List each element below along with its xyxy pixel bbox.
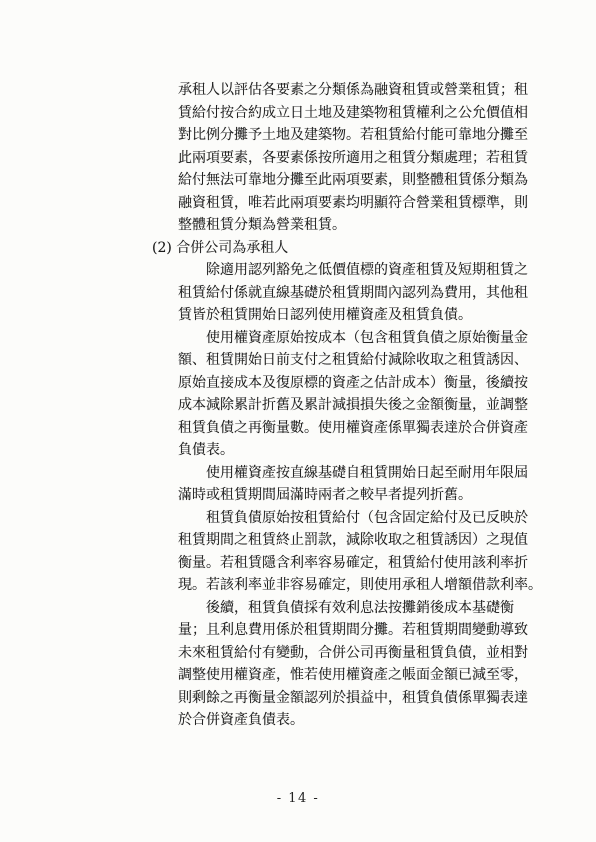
text-line: 租賃期間之租賃終止罰款，減除收取之租賃誘因）之現值 (178, 529, 526, 552)
text-line: 負債表。 (178, 439, 526, 462)
text-line: 賃皆於租賃開始日認列使用權資產及租賃負債。 (178, 304, 526, 327)
text-line: 未來租賃給付有變動，合併公司再衡量租賃負債，並相對 (178, 642, 526, 665)
document-page: 承租人以評估各要素之分類係為融資租賃或營業租賃；租賃給付按合約成立日土地及建築物… (0, 0, 596, 842)
text-line: 除適用認列豁免之低價值標的資產租賃及短期租賃之 (178, 259, 526, 282)
text-line: 整體租賃分類為營業租賃。 (178, 214, 526, 237)
list-item-line: (2) 合併公司為承租人 (152, 237, 526, 260)
text-line: 額、租賃開始日前支付之租賃給付減除收取之租賃誘因、 (178, 349, 526, 372)
text-line: 後續，租賃負債採有效利息法按攤銷後成本基礎衡 (178, 597, 526, 620)
text-line: 量；且利息費用係於租賃期間分攤。若租賃期間變動導致 (178, 619, 526, 642)
page-number: - 14 - (0, 791, 596, 806)
text-line: 租賃負債原始按租賃給付（包含固定給付及已反映於 (178, 507, 526, 530)
text-line: 對比例分攤予土地及建築物。若租賃給付能可靠地分攤至 (178, 124, 526, 147)
text-line: 調整使用權資產，惟若使用權資產之帳面金額已減至零， (178, 664, 526, 687)
text-line: 使用權資產按直線基礎自租賃開始日起至耐用年限屆 (178, 462, 526, 485)
text-line: 承租人以評估各要素之分類係為融資租賃或營業租賃；租 (178, 79, 526, 102)
text-line: 租賃給付係就直線基礎於租賃期間內認列為費用，其他租 (178, 282, 526, 305)
text-line: 成本減除累計折舊及累計減損損失後之金額衡量，並調整 (178, 394, 526, 417)
text-line: 租賃負債之再衡量數。使用權資產係單獨表達於合併資產 (178, 417, 526, 440)
text-line: 原始直接成本及復原標的資產之估計成本）衡量，後續按 (178, 372, 526, 395)
body-text: 承租人以評估各要素之分類係為融資租賃或營業租賃；租賃給付按合約成立日土地及建築物… (178, 79, 526, 732)
text-line: 賃給付按合約成立日土地及建築物租賃權利之公允價值相 (178, 102, 526, 125)
text-line: 現。若該利率並非容易確定，則使用承租人增額借款利率。 (178, 574, 526, 597)
text-line: 滿時或租賃期間屆滿時兩者之較早者提列折舊。 (178, 484, 526, 507)
text-line: 於合併資產負債表。 (178, 709, 526, 732)
text-line: 融資租賃，唯若此兩項要素均明顯符合營業租賃標準，則 (178, 192, 526, 215)
text-line: 給付無法可靠地分攤至此兩項要素，則整體租賃係分類為 (178, 169, 526, 192)
text-line: 則剩餘之再衡量金額認列於損益中，租賃負債係單獨表達 (178, 687, 526, 710)
text-line: 此兩項要素，各要素係按所適用之租賃分類處理；若租賃 (178, 147, 526, 170)
text-line: 使用權資產原始按成本（包含租賃負債之原始衡量金 (178, 327, 526, 350)
text-line: 衡量。若租賃隱含利率容易確定，租賃給付使用該利率折 (178, 552, 526, 575)
